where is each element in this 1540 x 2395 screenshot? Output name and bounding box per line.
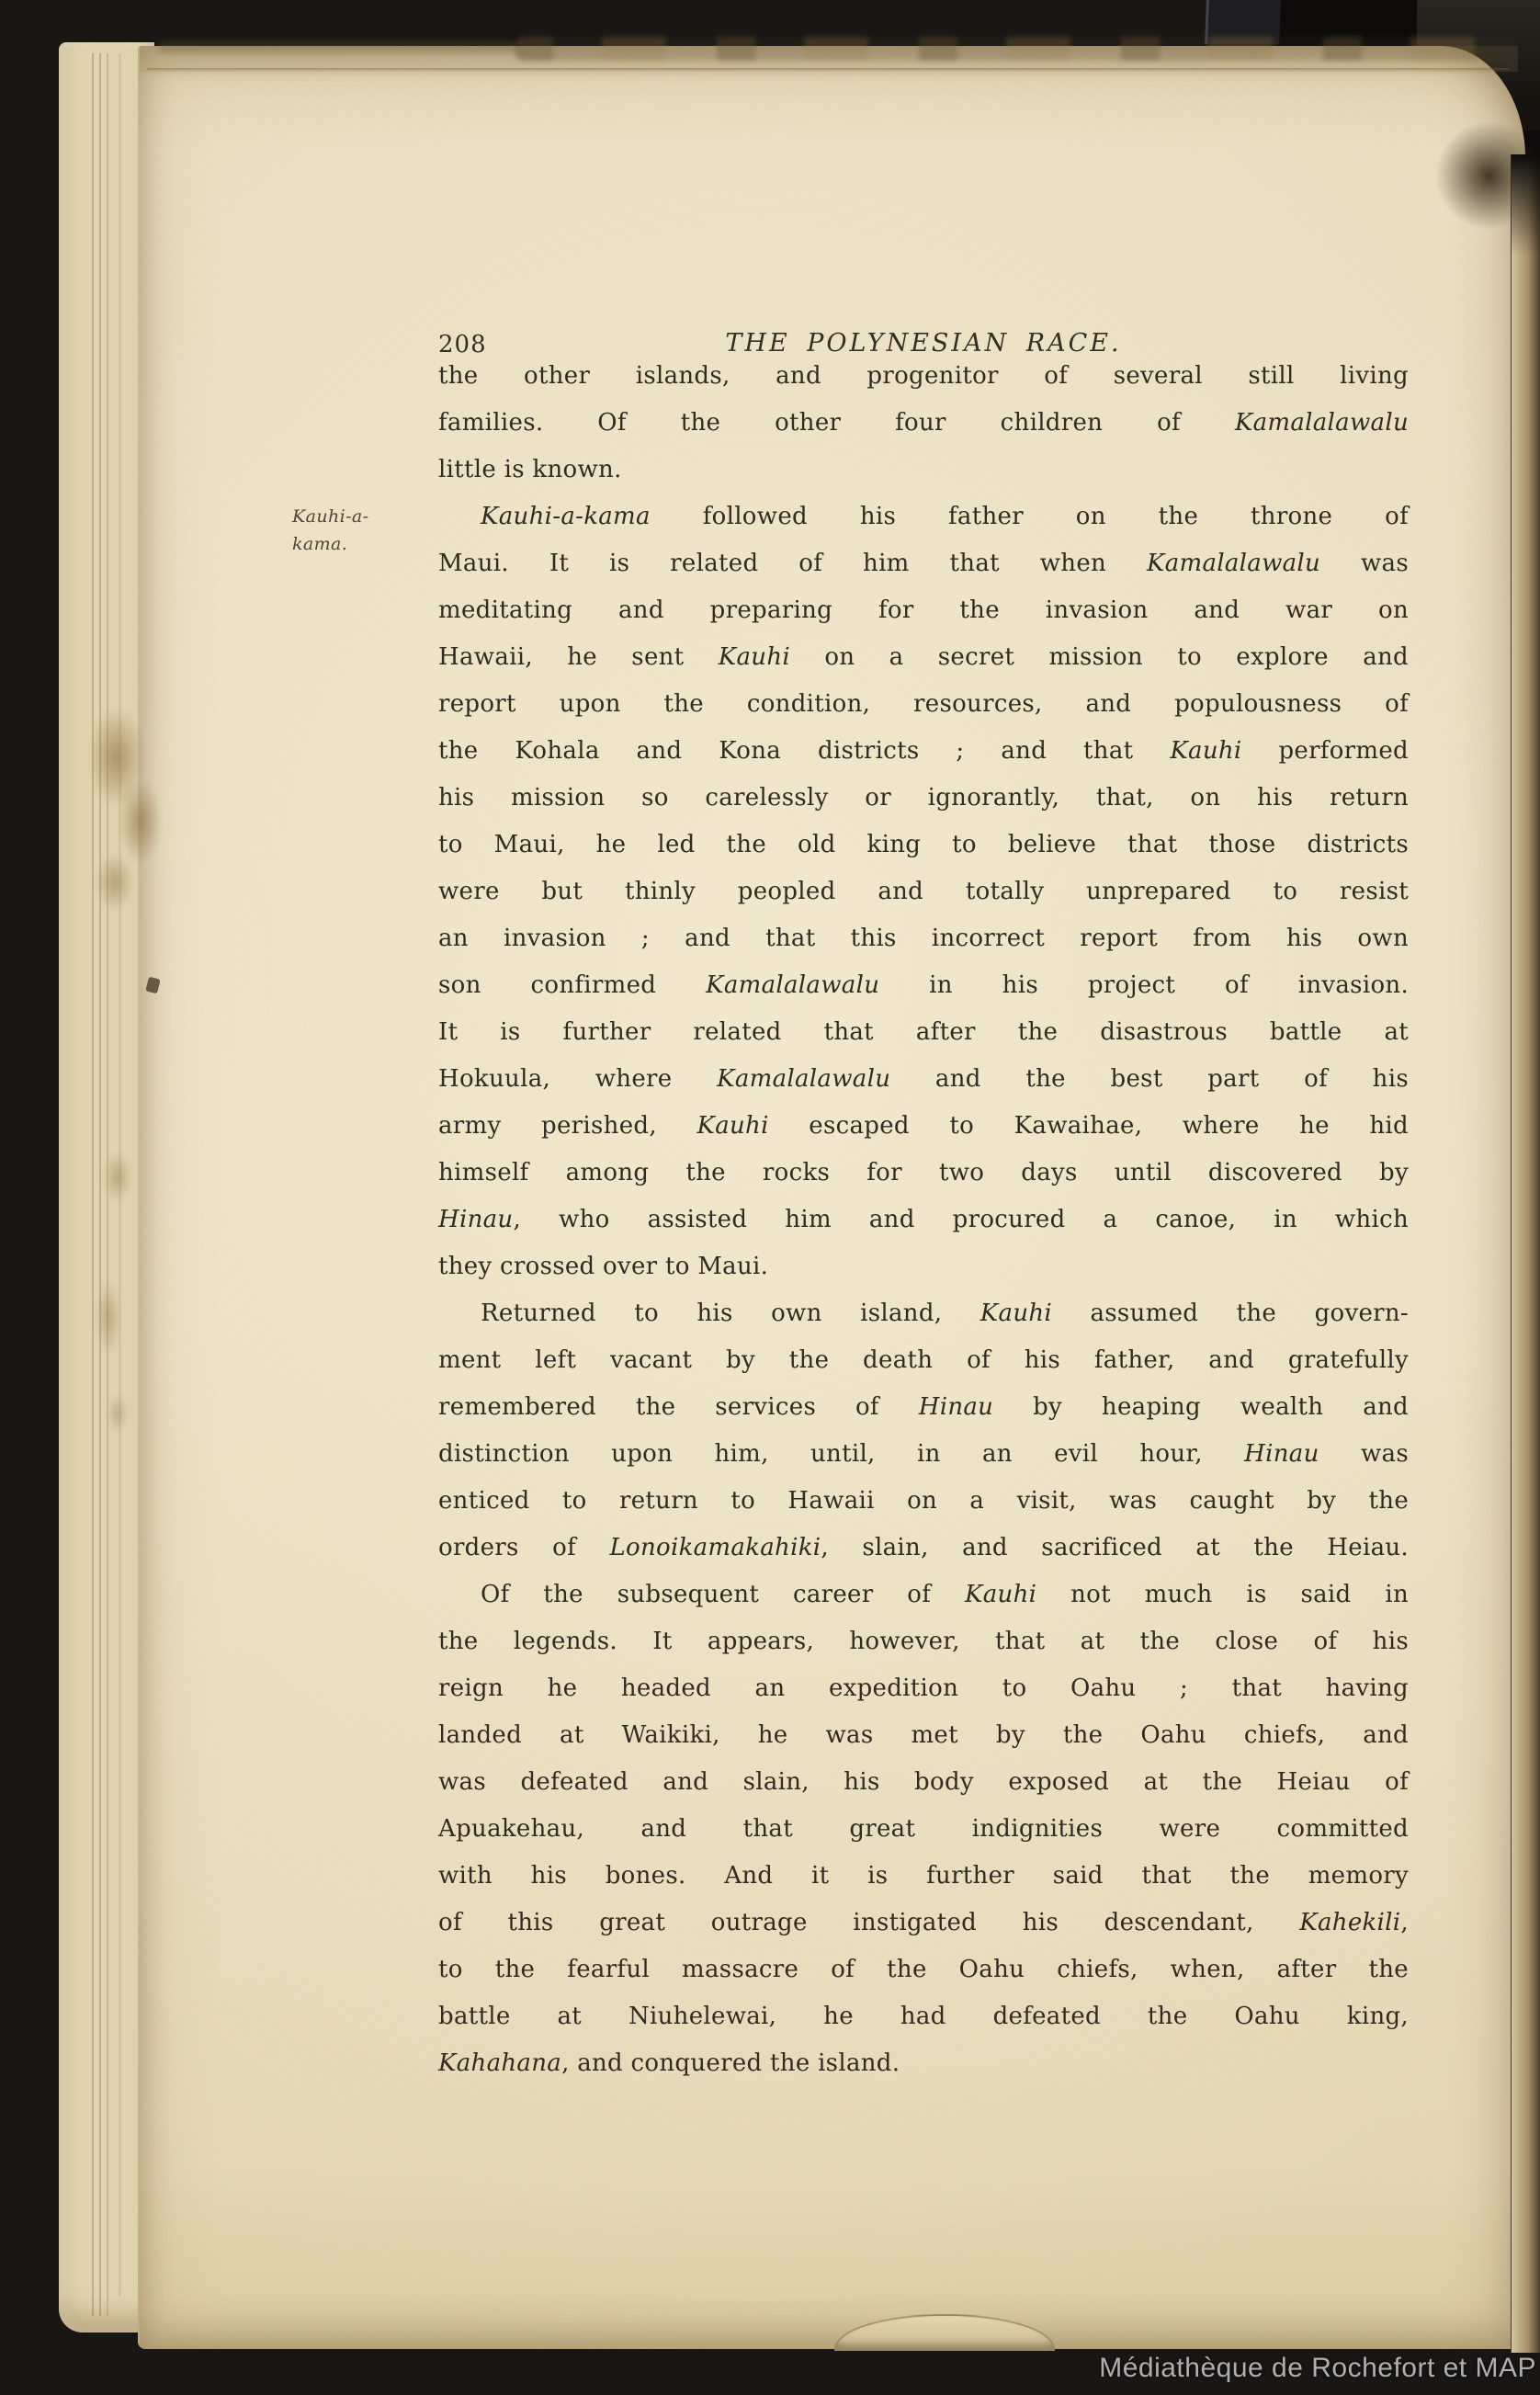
text-line: Maui. It is related of him that when Kam… [438,540,1409,587]
text-line: son confirmed Kamalalawalu in his projec… [438,962,1409,1009]
foxing-stain [103,1151,132,1204]
text-line: ment left vacant by the death of his fat… [438,1337,1409,1384]
text-line: Kahahana, and conquered the island. [438,2040,1409,2087]
text-line: enticed to return to Hawaii on a visit, … [438,1478,1409,1525]
text-line: the legends. It appears, however, that a… [438,1618,1409,1665]
text-line: to Maui, he led the old king to believe … [438,822,1409,868]
text-line: little is known. [438,447,1409,494]
text-line: remembered the services of Hinau by heap… [438,1384,1409,1431]
text-line: battle at Niuhelewai, he had defeated th… [438,1993,1409,2040]
text-line: himself among the rocks for two days unt… [438,1150,1409,1197]
text-block: the other islands, and progenitor of sev… [438,353,1409,2087]
text-line: Hinau, who assisted him and procured a c… [438,1197,1409,1243]
text-line: orders of Lonoikamakahiki, slain, and sa… [438,1525,1409,1572]
margin-note: Kauhi-a- kama. [292,503,430,558]
text-line: the Kohala and Kona districts ; and that… [438,728,1409,775]
text-line: they crossed over to Maui. [438,1243,1409,1290]
foxing-stain [118,779,162,864]
foxing-stain [96,1279,121,1356]
foxing-stain [96,853,134,912]
text-line: Kauhi-a-kama followed his father on the … [438,494,1409,540]
text-line: with his bones. And it is further said t… [438,1853,1409,1900]
library-watermark: Médiathèque de Rochefort et MAP [1099,2353,1536,2384]
text-line: of this great outrage instigated his des… [438,1900,1409,1947]
text-line: the other islands, and progenitor of sev… [438,353,1409,400]
margin-note-line: Kauhi-a- [292,503,430,530]
text-line: was defeated and slain, his body exposed… [438,1759,1409,1806]
text-line: It is further related that after the dis… [438,1009,1409,1056]
margin-note-line: kama. [292,530,430,558]
text-line: army perished, Kauhi escaped to Kawaihae… [438,1103,1409,1150]
top-edge-dirt [515,37,1514,61]
foxing-stain [107,1393,129,1434]
text-line: Hokuula, where Kamalalawalu and the best… [438,1056,1409,1103]
page-edge-line [99,53,101,2316]
text-line: reign he headed an expedition to Oahu ; … [438,1665,1409,1712]
text-line: landed at Waikiki, he was met by the Oah… [438,1712,1409,1759]
text-line: his mission so carelessly or ignorantly,… [438,775,1409,822]
text-line: report upon the condition, resources, an… [438,681,1409,728]
text-line: Hawaii, he sent Kauhi on a secret missio… [438,634,1409,681]
text-line: an invasion ; and that this incorrect re… [438,915,1409,962]
text-line: Of the subsequent career of Kauhi not mu… [438,1572,1409,1618]
text-line: distinction upon him, until, in an evil … [438,1431,1409,1478]
fore-edge-strip [1511,154,1540,2353]
book-scan-photo: 208 THE POLYNESIAN RACE. Kauhi-a- kama. … [0,0,1540,2395]
text-line: were but thinly peopled and totally unpr… [438,868,1409,915]
text-line: Returned to his own island, Kauhi assume… [438,1290,1409,1337]
top-edge-dirt [158,40,516,53]
page-edge-line [92,53,94,2316]
text-line: meditating and preparing for the invasio… [438,587,1409,634]
text-line: families. Of the other four children of … [438,400,1409,447]
text-line: Apuakehau, and that great indignities we… [438,1806,1409,1853]
text-line: to the fearful massacre of the Oahu chie… [438,1947,1409,1993]
page-crease-line [147,68,1509,70]
